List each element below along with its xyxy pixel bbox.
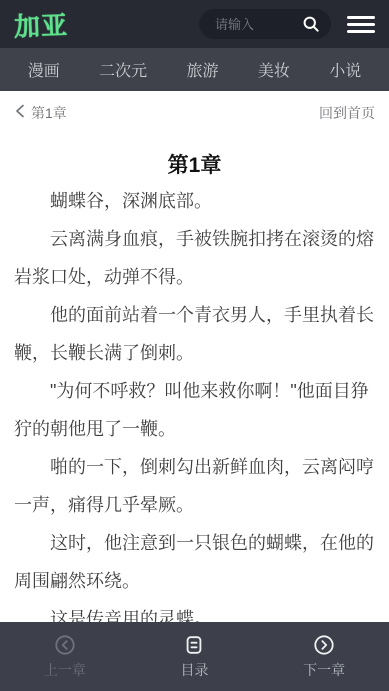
next-chapter-button[interactable]: 下一章 bbox=[284, 634, 364, 680]
back-to-home-link[interactable]: 回到首页 bbox=[319, 103, 375, 123]
menu-icon[interactable] bbox=[347, 16, 375, 33]
magnifier-icon[interactable] bbox=[301, 14, 321, 34]
search-bar[interactable] bbox=[199, 9, 331, 39]
tab-erciyuan[interactable]: 二次元 bbox=[99, 58, 147, 81]
tab-manhua[interactable]: 漫画 bbox=[28, 58, 60, 81]
prev-chapter-label: 上一章 bbox=[44, 660, 86, 680]
tab-lvyou[interactable]: 旅游 bbox=[186, 58, 218, 81]
chevron-left-icon bbox=[14, 104, 26, 123]
prev-chapter-button[interactable]: 上一章 bbox=[25, 634, 105, 680]
paragraph: 这时，他注意到一只银色的蝴蝶，在他的周围翩然环绕。 bbox=[14, 524, 375, 600]
breadcrumb-chapter-label: 第1章 bbox=[31, 103, 67, 123]
novel-reader-screen: 加亚 漫画 二次元 旅游 美妆 小说 bbox=[0, 0, 389, 691]
breadcrumb: 第1章 回到首页 bbox=[0, 91, 389, 135]
chapter-content: 第1章 蝴蝶谷，深渊底部。 云离满身血痕，手被铁腕扣拷在滚烫的熔岩浆口处，动弹不… bbox=[0, 149, 389, 638]
paragraph: 蝴蝶谷，深渊底部。 bbox=[14, 182, 375, 220]
catalog-button[interactable]: 目录 bbox=[154, 634, 234, 680]
tab-xiaoshuo[interactable]: 小说 bbox=[329, 58, 361, 81]
reader-footer-nav: 上一章 目录 下一章 bbox=[0, 622, 389, 691]
paragraph: 他的面前站着一个青衣男人，手里执着长鞭，长鞭长满了倒刺。 bbox=[14, 296, 375, 372]
circle-chevron-right-icon bbox=[313, 634, 335, 656]
paragraph: 云离满身血痕，手被铁腕扣拷在滚烫的熔岩浆口处，动弹不得。 bbox=[14, 220, 375, 296]
catalog-icon bbox=[183, 634, 205, 656]
chapter-body: 蝴蝶谷，深渊底部。 云离满身血痕，手被铁腕扣拷在滚烫的熔岩浆口处，动弹不得。 他… bbox=[14, 182, 375, 638]
app-header: 加亚 bbox=[0, 0, 389, 48]
back-link[interactable]: 第1章 bbox=[14, 103, 67, 123]
chapter-title: 第1章 bbox=[14, 149, 375, 179]
tab-meizhuang[interactable]: 美妆 bbox=[258, 58, 290, 81]
paragraph: "为何不呼救？叫他来救你啊！"他面目狰狞的朝他甩了一鞭。 bbox=[14, 372, 375, 448]
paragraph: 啪的一下，倒刺勾出新鲜血肉，云离闷哼一声，痛得几乎晕厥。 bbox=[14, 448, 375, 524]
next-chapter-label: 下一章 bbox=[303, 660, 345, 680]
search-input[interactable] bbox=[215, 17, 301, 32]
circle-chevron-left-icon bbox=[54, 634, 76, 656]
catalog-label: 目录 bbox=[180, 660, 208, 680]
logo[interactable]: 加亚 bbox=[13, 5, 68, 44]
category-tabs: 漫画 二次元 旅游 美妆 小说 bbox=[0, 48, 389, 91]
